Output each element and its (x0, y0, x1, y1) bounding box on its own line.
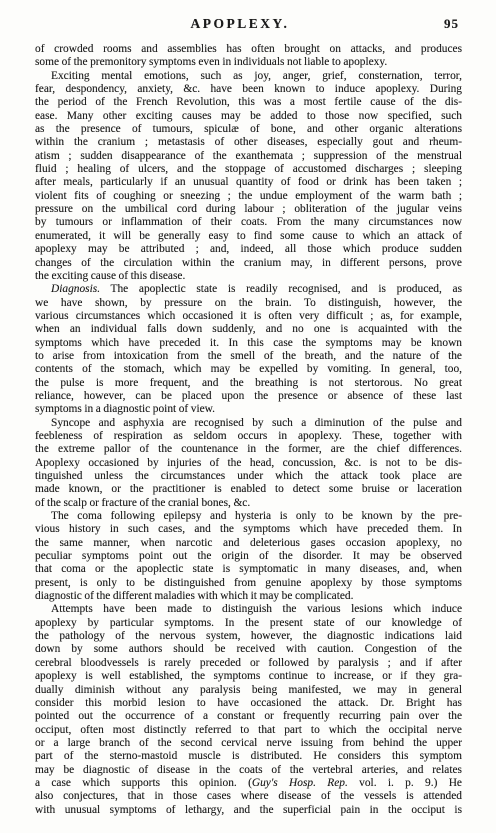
text-line: after meals, particularly if an unusual … (35, 176, 462, 189)
page-header: APOPLEXY. 95 (0, 0, 496, 34)
text-line: the pathology of the nervous system, how… (35, 630, 462, 643)
text-line: as the presence of tumours, spiculæ of b… (35, 123, 462, 136)
text-line: occiput, often most distinctly referred … (35, 724, 462, 737)
paragraph: of crowded rooms and assemblies has ofte… (35, 43, 462, 70)
text-line: dually diminish without any paralysis be… (35, 684, 462, 697)
text-line: Attempts have been made to distinguish t… (35, 603, 462, 616)
text-line: by tumours or inflammation of their coat… (35, 216, 462, 229)
paragraph: Diagnosis. The apoplectic state is readi… (35, 283, 462, 416)
text-line: within the cranium ; metastasis of other… (35, 136, 462, 149)
text-line: symptoms which have preceded it. In this… (35, 337, 462, 350)
text-line: violent fits of coughing or sneezing ; t… (35, 190, 462, 203)
text-line: a case which supports this opinion. (Guy… (35, 777, 462, 790)
text-line: vious history in such cases, and the sym… (35, 523, 462, 536)
text-line: changes of the circulation within the cr… (35, 257, 462, 270)
text-line: the period of the French Revolution, thi… (35, 96, 462, 109)
text-line: cerebral bloodvessels is rarely preceded… (35, 657, 462, 670)
text-line: we have shown, by pressure on the brain.… (35, 297, 462, 310)
text-line: atism ; sudden disappearance of the exan… (35, 150, 462, 163)
text-line: or a large branch of the second cervical… (35, 737, 462, 750)
running-head-title: APOPLEXY. (0, 16, 488, 32)
text-line: diagnostic of the different maladies wit… (35, 590, 462, 603)
page-number: 95 (444, 16, 459, 32)
text-line: some of the premonitory symptoms even in… (35, 56, 462, 69)
text-line: part of the sterno-mastoid muscle is dis… (35, 750, 462, 763)
text-line: Diagnosis. The apoplectic state is readi… (35, 283, 462, 296)
text-line: symptoms in a diagnostic point of view. (35, 403, 462, 416)
paragraph: Exciting mental emotions, such as joy, a… (35, 70, 462, 284)
paragraph: Syncope and asphyxia are recognised by s… (35, 417, 462, 510)
paragraph: The coma following epilepsy and hysteria… (35, 510, 462, 603)
text-line: ease. Many other exciting causes may be … (35, 110, 462, 123)
text-line: that coma or the apoplectic state is sym… (35, 563, 462, 576)
text-line: Syncope and asphyxia are recognised by s… (35, 417, 462, 430)
text-line: tinguished unless the circumstances unde… (35, 470, 462, 483)
text-line: Apoplexy occasioned by injuries of the h… (35, 457, 462, 470)
text-line: various circumstances which occasioned i… (35, 310, 462, 323)
text-line: may be diagnostic of disease in the coat… (35, 764, 462, 777)
text-line: fear, despondency, anxiety, &c. have bee… (35, 83, 462, 96)
text-line: The coma following epilepsy and hysteria… (35, 510, 462, 523)
text-line: contents of the stomach, which may be ex… (35, 363, 462, 376)
text-line: down by some authors should be received … (35, 643, 462, 656)
text-line: apoplexy may be attributed ; and, indeed… (35, 243, 462, 256)
text-line: the pulse is more frequent, and the brea… (35, 377, 462, 390)
body-text: of crowded rooms and assemblies has ofte… (0, 34, 496, 817)
text-line: apoplexy is well established, the sympto… (35, 670, 462, 683)
text-line: the extreme pallor of the countenance in… (35, 443, 462, 456)
text-line: enumerated, it will be generally easy to… (35, 230, 462, 243)
text-line: also conjectures, that in those cases wh… (35, 790, 462, 803)
text-line: of the scalp or fracture of the cranial … (35, 497, 462, 510)
text-line: peculiar symptoms point out the origin o… (35, 550, 462, 563)
text-line: apoplexy by particular symptoms. In the … (35, 617, 462, 630)
text-line: of crowded rooms and assemblies has ofte… (35, 43, 462, 56)
text-line: made known, or the practitioner is enabl… (35, 483, 462, 496)
text-line: to arise from intoxication from the smel… (35, 350, 462, 363)
text-line: pointed out the occurrence of a constant… (35, 710, 462, 723)
text-line: present, is only to be distinguished fro… (35, 577, 462, 590)
text-line: reliance, however, can be placed upon th… (35, 390, 462, 403)
text-line: with unusual symptoms of lethargy, and t… (35, 804, 462, 817)
text-line: consider this morbid lesion to have occa… (35, 697, 462, 710)
text-line: the same manner, when narcotic and delet… (35, 537, 462, 550)
paragraph: Attempts have been made to distinguish t… (35, 603, 462, 817)
text-line: pressure on the umbilical cord during la… (35, 203, 462, 216)
text-line: when an individual falls down suddenly, … (35, 323, 462, 336)
text-line: the exciting cause of this disease. (35, 270, 462, 283)
text-line: feebleness of respiration as seldom occu… (35, 430, 462, 443)
text-line: Exciting mental emotions, such as joy, a… (35, 70, 462, 83)
book-page: APOPLEXY. 95 of crowded rooms and assemb… (0, 0, 496, 833)
text-line: fluid ; healing of ulcers, and the stopp… (35, 163, 462, 176)
